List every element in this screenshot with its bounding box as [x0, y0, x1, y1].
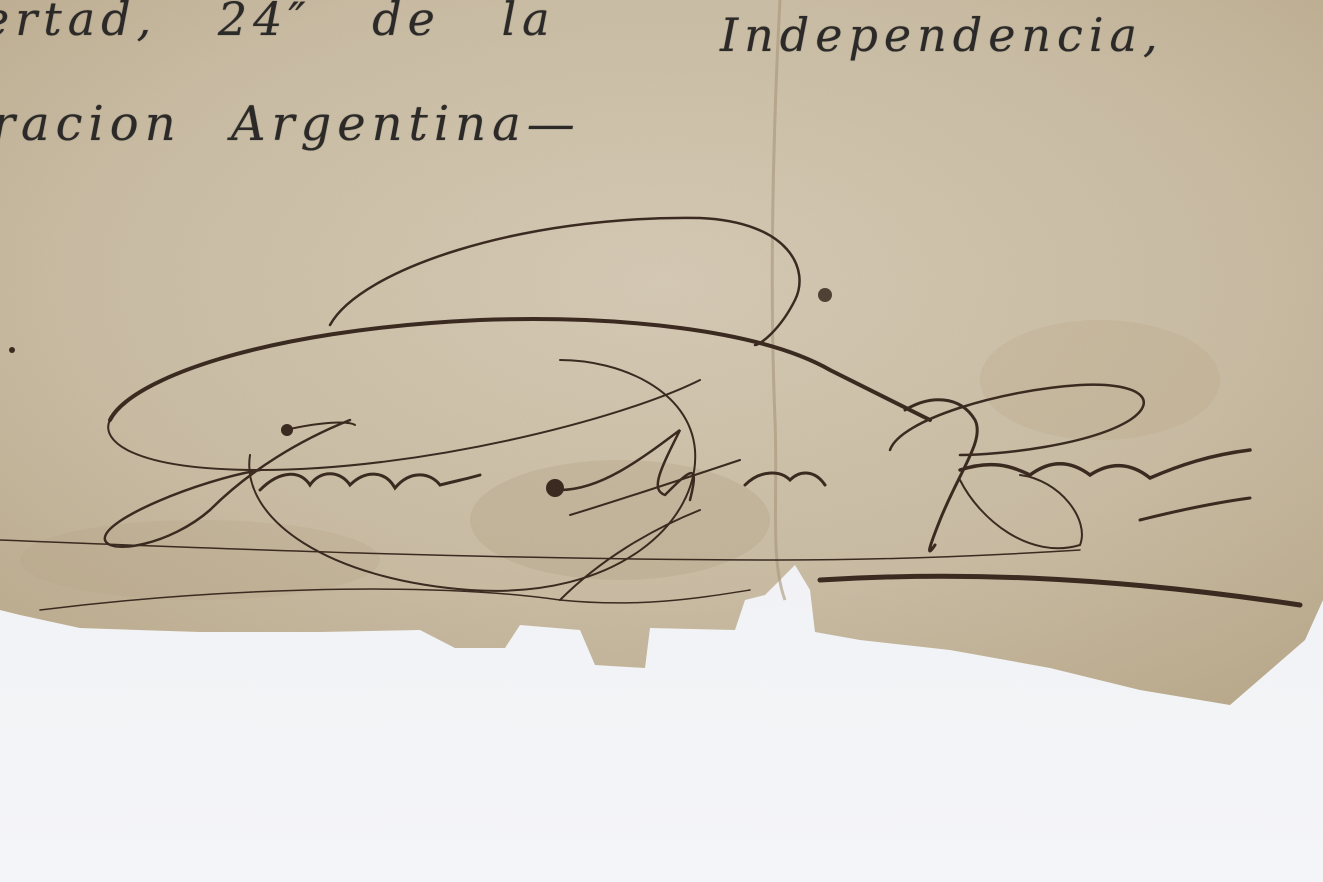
ink-blot: [818, 288, 832, 302]
handwritten-signature: Juan M. r. Flores: [0, 0, 1323, 882]
